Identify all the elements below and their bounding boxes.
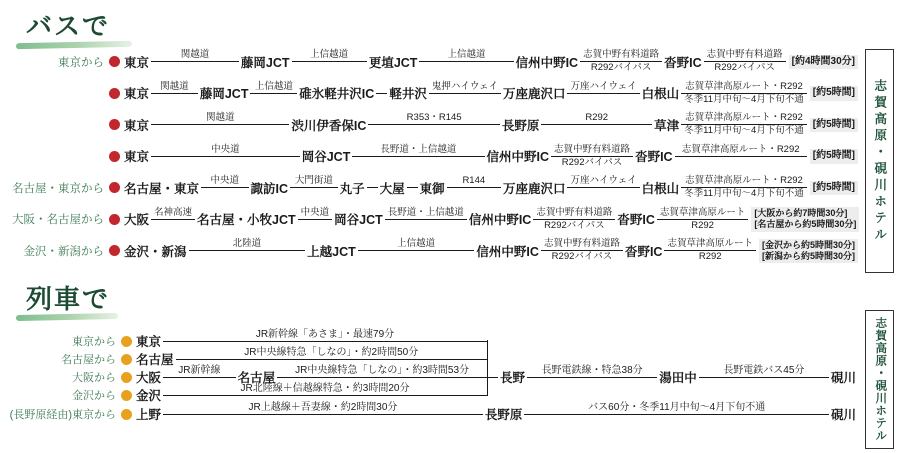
- segment-note-label: R292バイパス: [533, 220, 615, 232]
- bus-route-row-7: 金沢・新潟から金沢・新潟北陸道上越JCT上信越道信州中野IC志賀中野有料道路R2…: [0, 235, 858, 267]
- travel-time-label: [大阪から約7時間30分][名古屋から約5時間30分]: [751, 207, 859, 232]
- station-label: 丸子: [338, 179, 367, 197]
- segment-road-label: バス60分・冬季11月中旬〜4月下旬不通: [524, 402, 829, 414]
- route-origin-label: (長野原経由)東京から: [0, 406, 116, 422]
- segment-note-label: [358, 251, 475, 263]
- route-start-bullet: [121, 372, 132, 383]
- segment-road-label: 鬼押ハイウェイ: [429, 81, 501, 93]
- route-segment: R144: [447, 175, 501, 200]
- route-segment: 志賀草津高原ルートR292: [657, 207, 749, 232]
- travel-time-label: [約5時間]: [810, 149, 858, 164]
- segment-road-label: 志賀草津高原ルート・R292: [681, 112, 807, 124]
- segment-road-label: 志賀中野有料道路: [580, 49, 662, 61]
- route-segment: 上信越道: [358, 238, 475, 263]
- station-label: 沓野IC: [633, 147, 675, 165]
- segment-note-label: R292: [657, 220, 749, 232]
- route-segment: 志賀中野有料道路R292バイパス: [580, 49, 662, 74]
- segment-road-label: 長野電鉄線・特急38分: [527, 365, 657, 377]
- bus-section-title: バスで: [26, 6, 110, 43]
- station-label: 諏訪IC: [249, 179, 291, 197]
- segment-note-label: [567, 94, 639, 106]
- segment-road-label: 志賀草津高原ルート・R292: [681, 175, 807, 187]
- route-connector-line: [376, 81, 387, 106]
- travel-time-label: [約5時間]: [810, 86, 858, 101]
- route-segment: 中央道: [298, 207, 333, 232]
- station-label: 万座鹿沢口: [501, 84, 568, 102]
- segment-note-label: [524, 415, 829, 427]
- segment-note-label: [527, 378, 657, 390]
- station-label: 金沢: [134, 386, 163, 404]
- station-label: 信州中野IC: [467, 210, 534, 228]
- segment-road-label: JR中央線特急「しなの」・約2時間50分: [176, 347, 487, 359]
- route-start-bullet: [109, 56, 120, 67]
- bus-route-row-5: 名古屋・東京から名古屋・東京中央道諏訪IC大門街道丸子大屋東御R144万座鹿沢口…: [0, 172, 858, 204]
- route-segment: 長野電鉄バス45分: [699, 365, 829, 390]
- bus-routes-group: 東京から東京関越道藤岡JCT上信越道更埴JCT上信越道信州中野IC志賀中野有料道…: [0, 46, 858, 267]
- access-route-diagram: バスで 東京から東京関越道藤岡JCT上信越道更埴JCT上信越道信州中野IC志賀中…: [0, 0, 900, 453]
- station-label: 信州中野IC: [485, 147, 552, 165]
- route-start-bullet: [121, 354, 132, 365]
- station-label: 藤岡JCT: [198, 84, 251, 102]
- segment-road-label: 上信越道: [292, 49, 367, 61]
- segment-note-label: [368, 125, 499, 137]
- segment-road-label: JR上越線＋吾妻線・約2時間30分: [163, 402, 483, 414]
- segment-note-label: [151, 125, 289, 137]
- segment-road-label: 万座ハイウェイ: [567, 175, 639, 187]
- station-label: 名古屋・東京: [122, 179, 201, 197]
- route-segment: 志賀草津高原ルートR292: [664, 238, 756, 263]
- station-label: 長野原: [500, 116, 542, 134]
- train-hotel-destination-label: 志賀高原・硯川ホテル: [874, 317, 886, 442]
- segment-road-label: R292: [541, 112, 652, 124]
- segment-note-label: [292, 62, 367, 74]
- route-segment: バス60分・冬季11月中旬〜4月下旬不通: [524, 402, 829, 427]
- station-label: 白根山: [640, 179, 682, 197]
- segment-road-label: 北陸道: [189, 238, 306, 250]
- station-label: 硯川: [829, 368, 858, 386]
- route-start-bullet: [121, 336, 132, 347]
- station-label: 硯川: [829, 405, 858, 423]
- segment-note-label: [290, 188, 338, 200]
- station-label: 東御: [418, 179, 447, 197]
- segment-note-label: [385, 220, 467, 232]
- station-label: 名古屋・小牧JCT: [195, 210, 298, 228]
- station-label: 上野: [134, 405, 163, 423]
- segment-note-label: [447, 188, 501, 200]
- route-segment: 志賀草津高原ルート・R292冬季11月中旬〜4月下旬不通: [681, 175, 807, 200]
- route-connector-line: [487, 365, 498, 390]
- route-origin-label: 東京から: [0, 333, 116, 349]
- route-segment: 万座ハイウェイ: [567, 175, 639, 200]
- segment-road-label: 大門街道: [290, 175, 338, 187]
- station-label: 東京: [122, 84, 151, 102]
- segment-note-label: R292: [664, 251, 756, 263]
- segment-note-label: [675, 157, 807, 169]
- train-direct-route-row: (長野原経由)東京から上野JR上越線＋吾妻線・約2時間30分長野原バス60分・冬…: [0, 405, 858, 423]
- station-label: 岡谷JCT: [332, 210, 385, 228]
- segment-note-label: [151, 157, 300, 169]
- route-start-bullet: [121, 390, 132, 401]
- route-segment: 大門街道: [290, 175, 338, 200]
- station-label: 上越JCT: [305, 242, 358, 260]
- segment-road-label: JR中央線特急「しなの」・約3時間53分: [277, 365, 487, 377]
- bus-route-row-2: 東京関越道藤岡JCT上信越道碓氷軽井沢IC軽井沢鬼押ハイウェイ万座鹿沢口万座ハイ…: [0, 78, 858, 110]
- segment-note-label: 冬季11月中旬〜4月下旬不通: [681, 94, 807, 106]
- segment-road-label: R144: [447, 175, 501, 187]
- segment-note-label: R292バイパス: [541, 251, 623, 263]
- segment-note-label: [298, 220, 333, 232]
- segment-road-label: 志賀草津高原ルート・R292: [675, 144, 807, 156]
- route-segment: 志賀中野有料道路R292バイパス: [541, 238, 623, 263]
- segment-road-label: 志賀草津高原ルート: [664, 238, 756, 250]
- route-start-bullet: [109, 245, 120, 256]
- station-label: 岡谷JCT: [300, 147, 353, 165]
- route-origin-label: 大阪から: [0, 369, 116, 385]
- segment-note-label: [352, 157, 484, 169]
- route-segment: 志賀中野有料道路R292バイパス: [551, 144, 633, 169]
- route-origin-label: 大阪・名古屋から: [0, 211, 104, 227]
- segment-road-label: JR北陸線＋信越線特急・約3時間20分: [163, 383, 487, 395]
- segment-note-label: [163, 415, 483, 427]
- segment-road-label: 長野道・上信越道: [385, 207, 467, 219]
- route-segment: 中央道: [201, 175, 249, 200]
- station-label: 大阪: [122, 210, 151, 228]
- train-hotel-destination-box: 志賀高原・硯川ホテル: [865, 310, 894, 449]
- segment-road-label: 万座ハイウェイ: [567, 81, 639, 93]
- route-segment: 上信越道: [292, 49, 367, 74]
- segment-road-label: 志賀中野有料道路: [541, 238, 623, 250]
- route-start-bullet: [121, 409, 132, 420]
- train-section-title: 列車で: [26, 279, 110, 316]
- segment-note-label: R292バイパス: [580, 62, 662, 74]
- route-segment: 志賀中野有料道路R292バイパス: [704, 49, 786, 74]
- bus-hotel-destination-label: 志賀高原・硯川ホテル: [873, 79, 886, 244]
- segment-road-label: 名神高速: [151, 207, 195, 219]
- station-label: 信州中野IC: [514, 53, 581, 71]
- travel-time-label: [約5時間]: [810, 181, 858, 196]
- route-segment: JR上越線＋吾妻線・約2時間30分: [163, 402, 483, 427]
- bus-route-row-6: 大阪・名古屋から大阪名神高速名古屋・小牧JCT中央道岡谷JCT長野道・上信越道信…: [0, 204, 858, 236]
- travel-time-label: [約4時間30分]: [789, 55, 858, 70]
- segment-road-label: JR新幹線「あさま」・最速79分: [163, 329, 487, 341]
- segment-note-label: [699, 378, 829, 390]
- segment-road-label: 長野電鉄バス45分: [699, 365, 829, 377]
- segment-road-label: 中央道: [151, 144, 300, 156]
- station-label: 信州中野IC: [474, 242, 541, 260]
- route-segment: R292: [541, 112, 652, 137]
- segment-road-label: 上信越道: [250, 81, 297, 93]
- route-segment: 中央道: [151, 144, 300, 169]
- station-label: 長野原: [483, 405, 525, 423]
- segment-note-label: [429, 94, 501, 106]
- station-label: 東京: [134, 332, 163, 350]
- station-label: 更埴JCT: [367, 53, 420, 71]
- station-label: 東京: [122, 116, 151, 134]
- segment-road-label: 関越道: [151, 81, 198, 93]
- segment-note-label: [567, 188, 639, 200]
- station-label: 碓氷軽井沢IC: [297, 84, 376, 102]
- travel-time-label: [約5時間]: [810, 118, 858, 133]
- route-segment: 長野道・上信越道: [385, 207, 467, 232]
- station-label: 草津: [652, 116, 681, 134]
- route-start-bullet: [109, 119, 120, 130]
- route-segment: 長野道・上信越道: [352, 144, 484, 169]
- route-segment: 志賀草津高原ルート・R292冬季11月中旬〜4月下旬不通: [681, 81, 807, 106]
- segment-note-label: R292バイパス: [704, 62, 786, 74]
- route-start-bullet: [109, 214, 120, 225]
- segment-note-label: [419, 62, 513, 74]
- segment-road-label: 長野道・上信越道: [352, 144, 484, 156]
- station-label: 沓野IC: [615, 210, 657, 228]
- route-segment: 鬼押ハイウェイ: [429, 81, 501, 106]
- station-label: 白根山: [640, 84, 682, 102]
- route-segment: 志賀中野有料道路R292バイパス: [533, 207, 615, 232]
- route-segment: 名神高速: [151, 207, 195, 232]
- route-segment: 上信越道: [419, 49, 513, 74]
- segment-road-label: 関越道: [151, 112, 289, 124]
- bus-hotel-destination-box: 志賀高原・硯川ホテル: [865, 49, 894, 273]
- route-segment: 志賀草津高原ルート・R292冬季11月中旬〜4月下旬不通: [681, 112, 807, 137]
- route-segment: 関越道: [151, 81, 198, 106]
- segment-note-label: 冬季11月中旬〜4月下旬不通: [681, 125, 807, 137]
- route-start-bullet: [109, 182, 120, 193]
- bus-route-row-3: 東京関越道渋川伊香保ICR353・R145長野原R292草津志賀草津高原ルート・…: [0, 109, 858, 141]
- station-label: 金沢・新潟: [122, 242, 189, 260]
- bus-route-row-4: 東京中央道岡谷JCT長野道・上信越道信州中野IC志賀中野有料道路R292バイパス…: [0, 141, 858, 173]
- route-connector-line: [407, 175, 418, 200]
- segment-note-label: [151, 94, 198, 106]
- segment-road-label: 関越道: [151, 49, 239, 61]
- route-segment: 関越道: [151, 112, 289, 137]
- station-label: 大屋: [378, 179, 407, 197]
- segment-road-label: 上信越道: [358, 238, 475, 250]
- segment-road-label: 志賀草津高原ルート: [657, 207, 749, 219]
- route-origin-label: 金沢から: [0, 387, 116, 403]
- route-origin-label: 東京から: [0, 54, 104, 70]
- bus-route-row-1: 東京から東京関越道藤岡JCT上信越道更埴JCT上信越道信州中野IC志賀中野有料道…: [0, 46, 858, 78]
- station-label: 東京: [122, 147, 151, 165]
- segment-note-label: 冬季11月中旬〜4月下旬不通: [681, 188, 807, 200]
- station-label: 軽井沢: [387, 84, 429, 102]
- segment-road-label: R353・R145: [368, 112, 499, 124]
- route-segment: 北陸道: [189, 238, 306, 263]
- segment-note-label: [189, 251, 306, 263]
- route-origin-label: 名古屋・東京から: [0, 180, 104, 196]
- route-segment: 関越道: [151, 49, 239, 74]
- route-segment: R353・R145: [368, 112, 499, 137]
- segment-note-label: [151, 62, 239, 74]
- station-label: 湯田中: [657, 368, 699, 386]
- route-segment: 上信越道: [250, 81, 297, 106]
- station-label: 藤岡JCT: [239, 53, 292, 71]
- segment-road-label: 志賀中野有料道路: [533, 207, 615, 219]
- travel-time-label: [金沢から約5時間30分][新潟から約5時間30分]: [759, 239, 858, 264]
- segment-road-label: 中央道: [298, 207, 333, 219]
- station-label: 渋川伊香保IC: [289, 116, 368, 134]
- segment-note-label: [250, 94, 297, 106]
- segment-road-label: 中央道: [201, 175, 249, 187]
- segment-note-label: [541, 125, 652, 137]
- station-label: 大阪: [134, 368, 163, 386]
- train-title-brush-stroke: [16, 313, 118, 321]
- route-start-bullet: [109, 151, 120, 162]
- route-connector-line: [367, 175, 378, 200]
- segment-note-label: [151, 220, 195, 232]
- station-label: 東京: [122, 53, 151, 71]
- segment-road-label: 志賀草津高原ルート・R292: [681, 81, 807, 93]
- station-label: 沓野IC: [662, 53, 704, 71]
- segment-road-label: JR新幹線: [163, 365, 236, 377]
- route-start-bullet: [109, 88, 120, 99]
- segment-road-label: 上信越道: [419, 49, 513, 61]
- segment-note-label: [201, 188, 249, 200]
- station-label: 長野: [498, 368, 527, 386]
- train-trunk-route-row: 長野長野電鉄線・特急38分湯田中長野電鉄バス45分硯川: [487, 368, 858, 386]
- segment-road-label: 志賀中野有料道路: [551, 144, 633, 156]
- segment-note-label: R292バイパス: [551, 157, 633, 169]
- route-segment: 長野電鉄線・特急38分: [527, 365, 657, 390]
- station-label: 万座鹿沢口: [501, 179, 568, 197]
- route-origin-label: 金沢・新潟から: [0, 243, 104, 259]
- segment-road-label: 志賀中野有料道路: [704, 49, 786, 61]
- route-origin-label: 名古屋から: [0, 351, 116, 367]
- station-label: 沓野IC: [623, 242, 665, 260]
- route-segment: 万座ハイウェイ: [567, 81, 639, 106]
- route-segment: 志賀草津高原ルート・R292: [675, 144, 807, 169]
